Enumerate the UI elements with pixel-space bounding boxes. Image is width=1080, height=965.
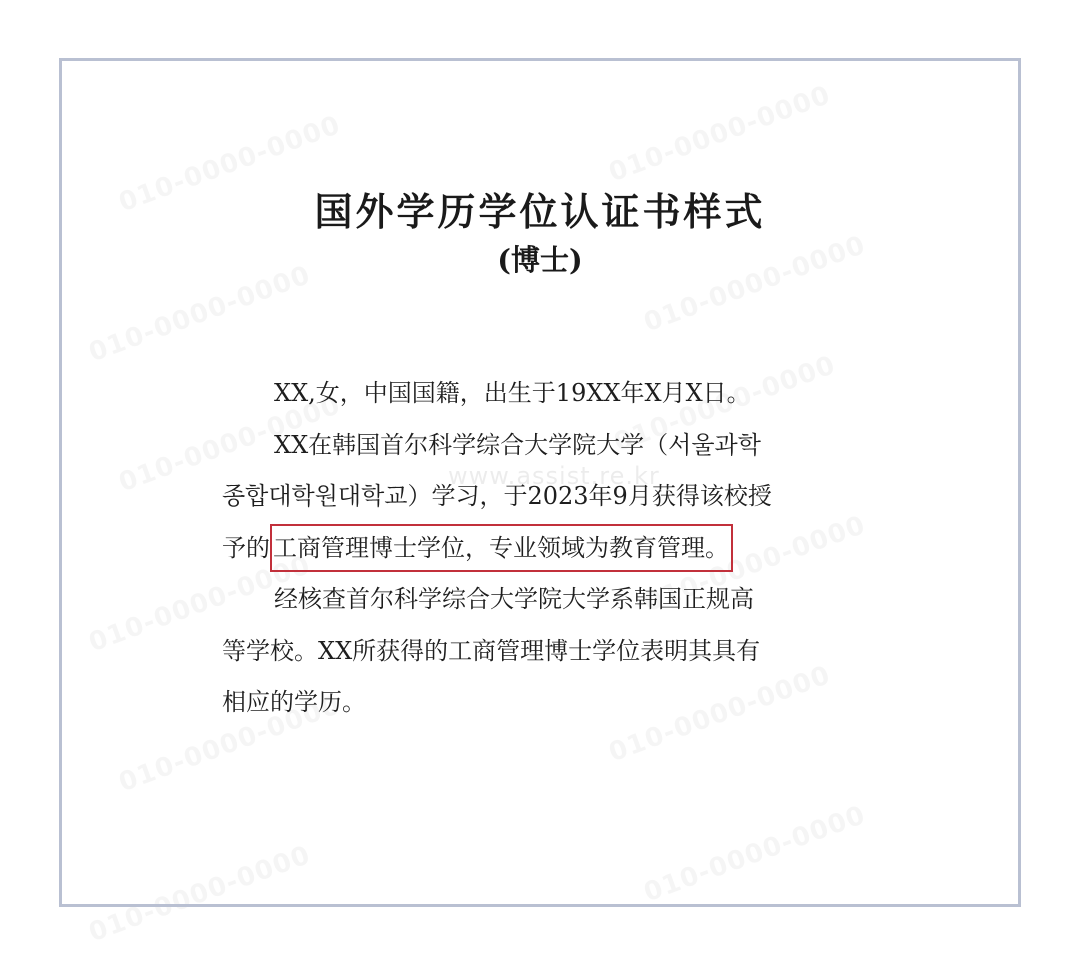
paragraph-2-line-3-prefix: 予的 [222,534,270,562]
paragraph-1-line-1: XX,女，中国国籍，出生于19XX年X月X日。 [222,368,862,420]
highlighted-degree-text: 工商管理博士学位，专业领域为教育管理。 [270,524,733,572]
paragraph-2-line-3: 予的工商管理博士学位，专业领域为教育管理。 [222,523,862,575]
paragraph-3-line-2: 等学校。XX所获得的工商管理博士学位表明其具有 [222,626,862,678]
paragraph-2-line-2: 종합대학원대학교）学习，于2023年9月获得该校授 [222,471,862,523]
paragraph-2-line-1: XX在韩国首尔科学综合大学院大学（서울과학 [222,420,862,472]
document-body: XX,女，中国国籍，出生于19XX年X月X日。 XX在韩国首尔科学综合大学院大学… [222,368,862,729]
paragraph-3-line-3: 相应的学历。 [222,677,862,729]
document-subtitle: (博士) [0,240,1080,280]
document-title: 国外学历学位认证书样式 [0,188,1080,236]
paragraph-3-line-1: 经核查首尔科学综合大学院大学系韩国正规高 [222,574,862,626]
